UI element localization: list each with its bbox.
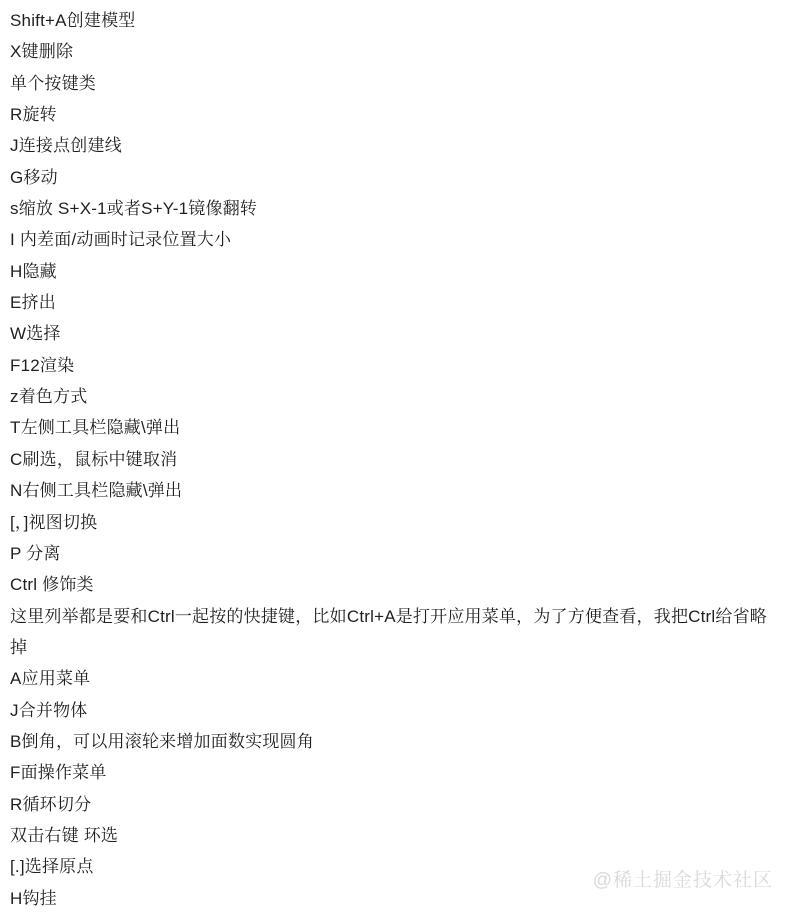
text-line: Shift+A创建模型 <box>10 5 775 36</box>
text-line: B倒角，可以用滚轮来增加面数实现圆角 <box>10 726 775 757</box>
shortcut-notes-document: Shift+A创建模型X键删除单个按键类R旋转J连接点创建线G移动s缩放 S+X… <box>0 0 789 913</box>
text-line: [，]视图切换 <box>10 507 775 538</box>
text-line: A应用菜单 <box>10 663 775 694</box>
text-line: X键删除 <box>10 36 775 67</box>
text-line: z着色方式 <box>10 381 775 412</box>
text-line: s缩放 S+X-1或者S+Y-1镜像翻转 <box>10 193 775 224</box>
shortcut-list: Shift+A创建模型X键删除单个按键类R旋转J连接点创建线G移动s缩放 S+X… <box>10 5 775 913</box>
text-line: P 分离 <box>10 538 775 569</box>
text-line: 单个按键类 <box>10 68 775 99</box>
text-line: I 内差面/动画时记录位置大小 <box>10 224 775 255</box>
text-line: G移动 <box>10 162 775 193</box>
text-line: R循环切分 <box>10 789 775 820</box>
text-line: C刷选，鼠标中键取消 <box>10 444 775 475</box>
text-line: 双击右键 环选 <box>10 820 775 851</box>
text-line: J连接点创建线 <box>10 130 775 161</box>
text-line: J合并物体 <box>10 695 775 726</box>
text-line: R旋转 <box>10 99 775 130</box>
text-line: 这里列举都是要和Ctrl一起按的快捷键，比如Ctrl+A是打开应用菜单，为了方便… <box>10 601 775 664</box>
text-line: E挤出 <box>10 287 775 318</box>
watermark: @稀土掘金技术社区 <box>593 865 773 892</box>
text-line: N右侧工具栏隐藏\弹出 <box>10 475 775 506</box>
text-line: Ctrl 修饰类 <box>10 569 775 600</box>
text-line: W选择 <box>10 318 775 349</box>
text-line: T左侧工具栏隐藏\弹出 <box>10 412 775 443</box>
text-line: F面操作菜单 <box>10 757 775 788</box>
text-line: F12渲染 <box>10 350 775 381</box>
text-line: H隐藏 <box>10 256 775 287</box>
